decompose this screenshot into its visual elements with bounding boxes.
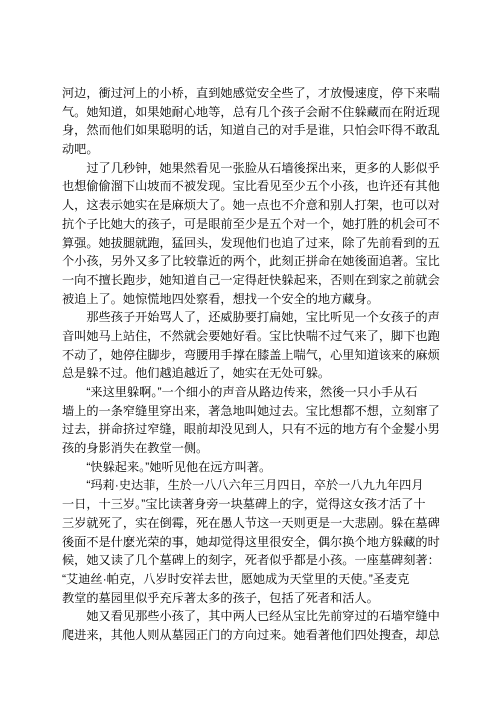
text-line: 个小孩，另外又多了比较靠近的两个，此刻正拼命在她後面追著。宝比 <box>62 252 444 271</box>
text-line: 那些孩子开始骂人了，还威胁要打扁她，宝比听见一个女孩子的声 <box>62 308 444 327</box>
text-line: 一日，十三岁。”宝比读著身旁一块墓碑上的字，觉得这女孩才活了十 <box>62 495 444 514</box>
text-line: 身，然而他们如果聪明的话，知道自己的对手是谁，只怕会吓得不敢乱 <box>62 121 444 140</box>
text-line: “来这里躲啊。”一个细小的声音从路边传来，然後一只小手从石 <box>62 383 444 402</box>
text-line: 气。她知道，如果她耐心地等，总有几个孩子会耐不住躲藏而在附近现 <box>62 103 444 122</box>
text-line: 河边，衝过河上的小桥，直到她感觉安全些了，才放慢速度，停下来喘 <box>62 84 444 103</box>
text-line: 後面不是什麽光荣的事，她却觉得这里很安全，偶尔换个地方躲藏的时 <box>62 533 444 552</box>
text-line: 总是躲不过。他们越追越近了，她实在无处可躲。 <box>62 364 444 383</box>
text-line: 过了几秒钟，她果然看见一张脸从石墙後探出来，更多的人影似乎 <box>62 159 444 178</box>
text-line: “玛莉·史达菲，生於一八八六年三月四日，卒於一八九九年四月 <box>62 476 444 495</box>
text-line: “快躲起来。”她听见他在远方叫著。 <box>62 458 444 477</box>
text-line: 爬进来，其他人则从墓园正门的方向过来。她看著他们四处搜查，却总 <box>62 626 444 645</box>
text-line: 动吧。 <box>62 140 444 159</box>
text-line: 人，这表示她实在是麻烦大了。她一点也不介意和别人打架，也可以对 <box>62 196 444 215</box>
text-line: 墙上的一条窄缝里穿出来，著急地叫她过去。宝比想都不想，立刻窜了 <box>62 402 444 421</box>
document-page: 河边，衝过河上的小桥，直到她感觉安全些了，才放慢速度，停下来喘气。她知道，如果她… <box>0 0 501 711</box>
text-line: 一向不擅长跑步，她知道自己一定得赶快躲起来，否则在到家之前就会 <box>62 271 444 290</box>
text-line: 孩的身影消失在教堂一侧。 <box>62 439 444 458</box>
text-line: 候，她又读了几个墓碑上的刻字，死者似乎都是小孩。一座墓碑刻著： <box>62 551 444 570</box>
text-line: 也想偷偷溜下山坡而不被发现。宝比看见至少五个小孩，也许还有其他 <box>62 177 444 196</box>
text-line: 被追上了。她惊慌地四处察看，想找一个安全的地方藏身。 <box>62 290 444 309</box>
text-line: 不动了，她停住脚步，弯腰用手撑在膝盖上喘气，心里知道该来的麻烦 <box>62 346 444 365</box>
text-line: 音叫她马上站住，不然就会要她好看。宝比快喘不过气来了，脚下也跑 <box>62 327 444 346</box>
text-line: 抗个子比她大的孩子，可是眼前至少是五个对一个，她打胜的机会可不 <box>62 215 444 234</box>
text-line: 过去，拼命挤过窄缝，眼前却没见到人，只有不远的地方有个金髮小男 <box>62 420 444 439</box>
text-line: 她又看见那些小孩了，其中两人已经从宝比先前穿过的石墙窄缝中 <box>62 607 444 626</box>
text-line: 三岁就死了，实在倒霉，死在愚人节这一天则更是一大悲剧。躲在墓碑 <box>62 514 444 533</box>
text-block: 河边，衝过河上的小桥，直到她感觉安全些了，才放慢速度，停下来喘气。她知道，如果她… <box>62 84 444 645</box>
text-line: 教堂的墓园里似乎充斥著太多的孩子，包括了死者和活人。 <box>62 589 444 608</box>
text-line: “艾迪丝·帕克，八岁时安祥去世，愿她成为天堂里的天使。”圣麦克 <box>62 570 444 589</box>
text-line: 算强。她拔腿就跑，猛回头，发现他们也追了过来，除了先前看到的五 <box>62 234 444 253</box>
